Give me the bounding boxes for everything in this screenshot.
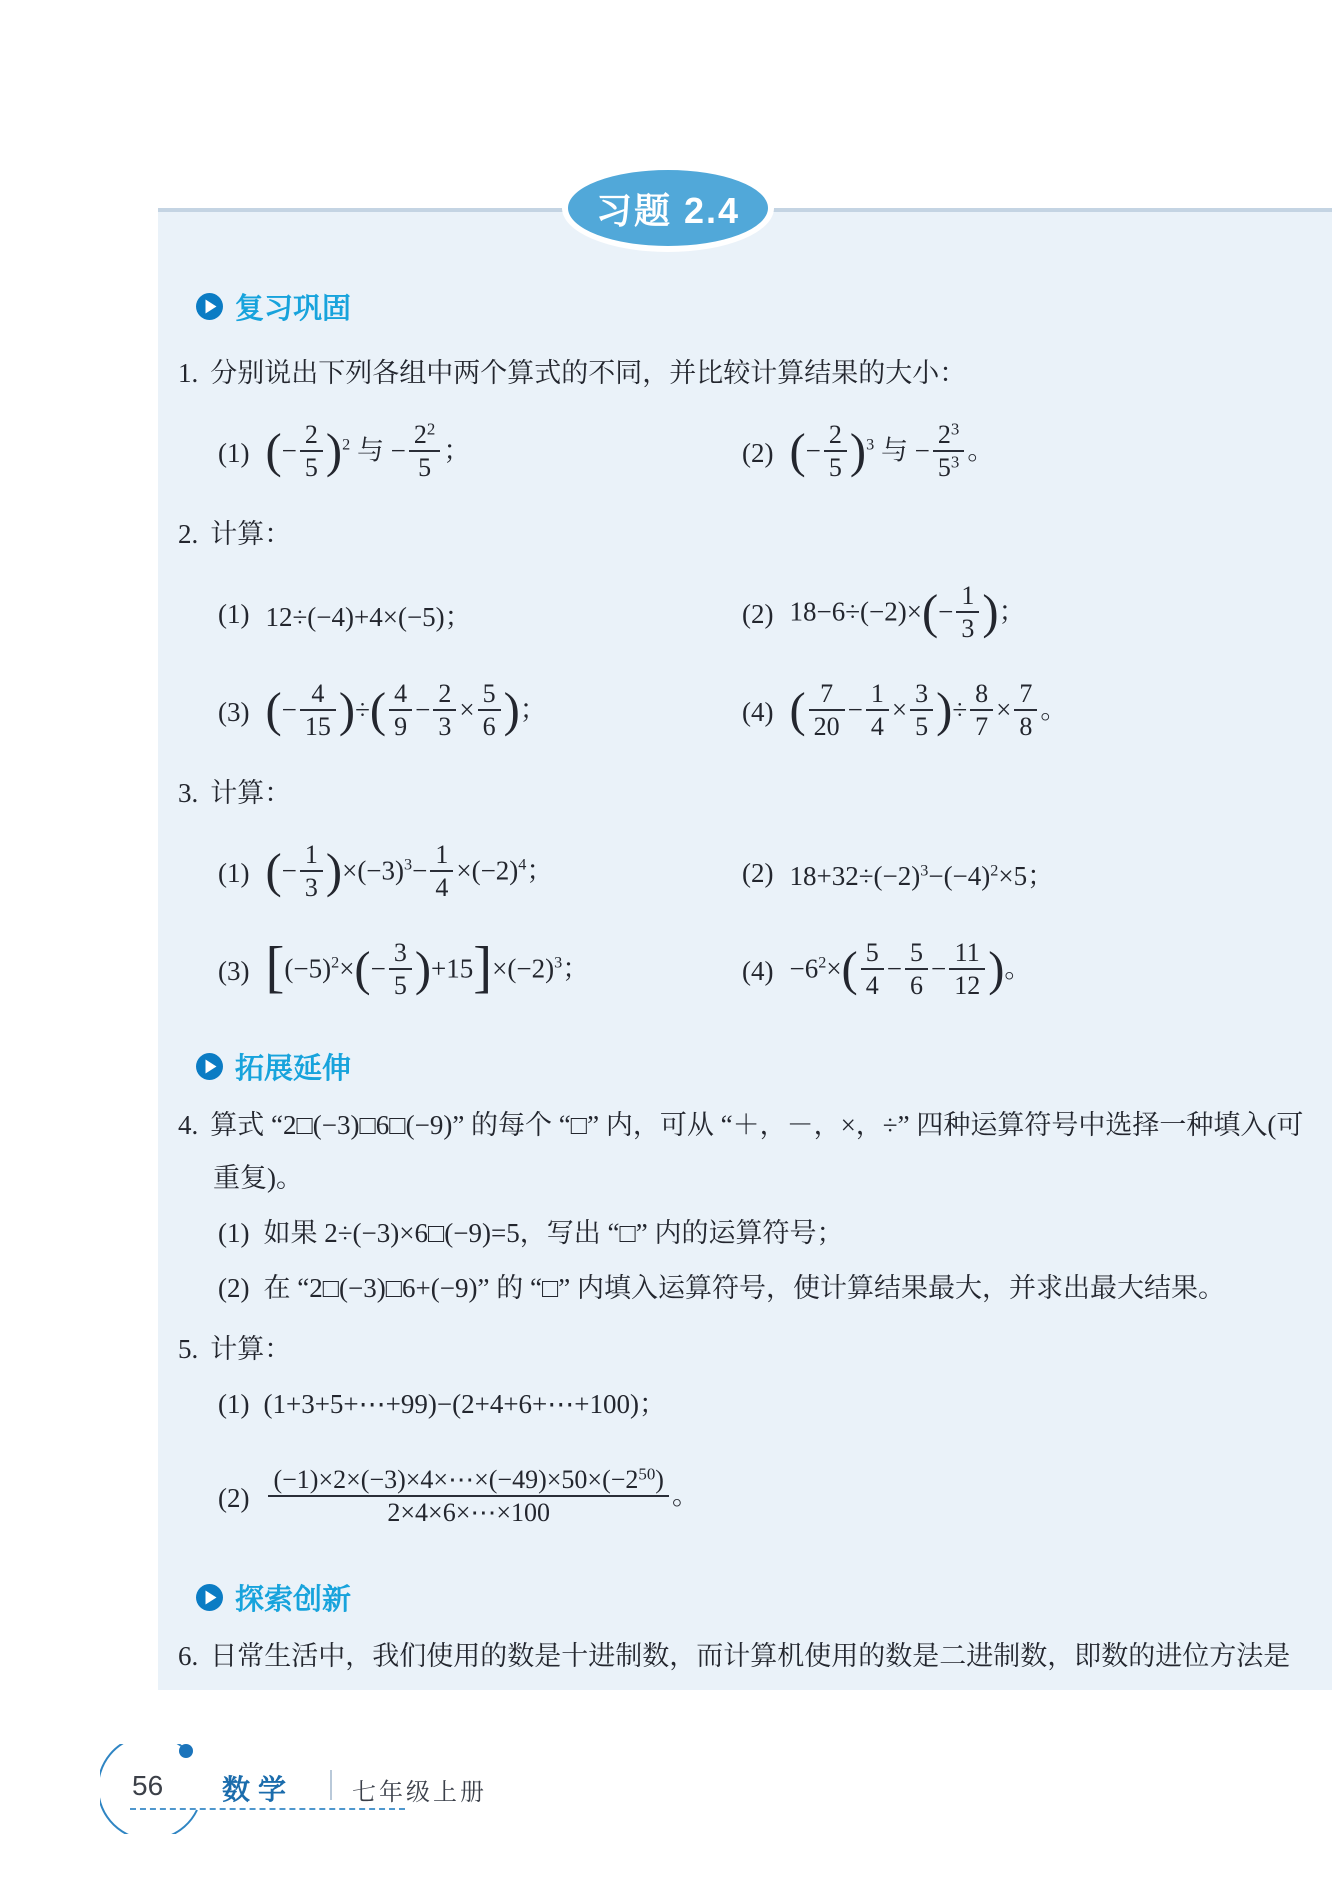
footer-divider [330, 1770, 332, 1800]
formula-item: (1) 12÷(−4)+4×(−5)； [218, 595, 742, 634]
formula-math: [(−5)2×(−35)+15]×(−2)3； [265, 939, 589, 1003]
formula-label: (1) [218, 858, 249, 889]
section-header-explore: 探索创新 [196, 1577, 1306, 1618]
formula-row: (1) (−25)2 与 −225； (2) (−25)3 与 −2353。 [218, 408, 1306, 498]
formula-math: 18+32÷(−2)3−(−4)2×5； [789, 854, 1054, 893]
section-header-expand: 拓展延伸 [196, 1046, 1306, 1087]
formula-label: (3) [218, 697, 249, 728]
play-icon [196, 293, 223, 320]
formula-label: (4) [742, 697, 773, 728]
formula-item: (4) (720−14×35)÷87×78。 [742, 680, 1306, 744]
page-footer: 56 数学 七年级上册 [0, 1742, 520, 1852]
section-header-review: 复习巩固 [196, 286, 1306, 327]
page-number: 56 [132, 1770, 163, 1802]
formula-item: (2) 18−6÷(−2)×(−13)； [742, 582, 1306, 646]
formula-row: (1) (−13)×(−3)3−14×(−2)4； (2) 18+32÷(−2)… [218, 828, 1306, 918]
problem-1: 1.分别说出下列各组中两个算式的不同，并比较计算结果的大小： [178, 347, 1306, 400]
formula-item: (1) (−13)×(−3)3−14×(−2)4； [218, 841, 742, 905]
item-text: 如果 2÷(−3)×6□(−9)=5，写出 “□” 内的运算符号； [263, 1218, 843, 1248]
exercise-badge-label: 习题 2.4 [596, 183, 740, 234]
formula-row: (3) [(−5)2×(−35)+15]×(−2)3； (4) −62×(54−… [218, 926, 1306, 1016]
formula-item: (2) 18+32÷(−2)3−(−4)2×5； [742, 854, 1306, 893]
problem-5: 5.计算： [178, 1323, 1306, 1376]
formula-math: −62×(54−56−1112)。 [789, 939, 1031, 1003]
problem-5-item-1: (1)(1+3+5+⋯+99)−(2+4+6+⋯+100)； [218, 1378, 1306, 1431]
play-icon [196, 1053, 223, 1080]
item-label: (2) [218, 1273, 249, 1303]
formula-label: (1) [218, 599, 249, 630]
formula-math: (−13)×(−3)3−14×(−2)4； [265, 841, 553, 905]
problem-3: 3.计算： [178, 767, 1306, 820]
formula-math: (−415)÷(49−23×56)； [265, 680, 546, 744]
item-label: (1) [218, 1389, 249, 1419]
problem-5-item-2: (2) (−1)×2×(−3)×4×⋯×(−49)×50×(−250)2×4×6… [218, 1443, 1306, 1553]
problem-6: 6.日常生活中，我们使用的数是十进制数，而计算机使用的数是二进制数，即数的进位方… [178, 1630, 1306, 1690]
problem-stem: 计算： [210, 778, 291, 808]
formula-label: (4) [742, 956, 773, 987]
formula-item: (1) (−25)2 与 −225； [218, 421, 742, 485]
formula-row: (3) (−415)÷(49−23×56)； (4) (720−14×35)÷8… [218, 667, 1306, 757]
problem-number: 5. [178, 1334, 198, 1364]
formula-item: (3) (−415)÷(49−23×56)； [218, 680, 742, 744]
formula-math: 18−6÷(−2)×(−13)； [789, 582, 1025, 646]
formula-math: (720−14×35)÷87×78。 [789, 680, 1067, 744]
formula-item: (3) [(−5)2×(−35)+15]×(−2)3； [218, 939, 742, 1003]
footer-dashed-line [130, 1808, 405, 1810]
formula-math: (−1)×2×(−3)×4×⋯×(−49)×50×(−250)2×4×6×⋯×1… [265, 1466, 698, 1530]
formula-math: (−25)3 与 −2353。 [789, 421, 994, 485]
problem-number: 2. [178, 519, 198, 549]
formula-label: (1) [218, 438, 249, 469]
formula-item: (2) (−25)3 与 −2353。 [742, 421, 1306, 485]
section-title: 拓展延伸 [235, 1046, 351, 1087]
item-label: (2) [218, 1483, 249, 1514]
formula-label: (3) [218, 956, 249, 987]
problem-stem: 日常生活中，我们使用的数是十进制数，而计算机使用的数是二进制数，即数的进位方法是… [210, 1641, 1290, 1690]
section-title: 探索创新 [235, 1577, 351, 1618]
formula-label: (2) [742, 858, 773, 889]
formula-math: 12÷(−4)+4×(−5)； [265, 595, 471, 634]
footer-subject: 数学 [222, 1768, 294, 1808]
problem-number: 3. [178, 778, 198, 808]
problem-stem: 计算： [210, 519, 291, 549]
item-text: 在 “2□(−3)□6+(−9)” 的 “□” 内填入运算符号，使计算结果最大，… [263, 1273, 1225, 1303]
section-title: 复习巩固 [235, 286, 351, 327]
item-label: (1) [218, 1218, 249, 1248]
problem-2: 2.计算： [178, 508, 1306, 561]
formula-row: (1) 12÷(−4)+4×(−5)； (2) 18−6÷(−2)×(−13)； [218, 569, 1306, 659]
play-icon [196, 1584, 223, 1611]
problem-4-item-2: (2)在 “2□(−3)□6+(−9)” 的 “□” 内填入运算符号，使计算结果… [218, 1262, 1306, 1315]
formula-math: (−25)2 与 −225； [265, 421, 470, 485]
problem-number: 4. [178, 1110, 198, 1140]
formula-label: (2) [742, 599, 773, 630]
problem-number: 6. [178, 1641, 198, 1671]
formula-label: (2) [742, 438, 773, 469]
problem-4-item-1: (1)如果 2÷(−3)×6□(−9)=5，写出 “□” 内的运算符号； [218, 1207, 1306, 1260]
problem-number: 1. [178, 358, 198, 388]
problem-4: 4.算式 “2□(−3)□6□(−9)” 的每个 “□” 内，可从 “＋，－，×… [178, 1099, 1306, 1205]
problem-stem: 分别说出下列各组中两个算式的不同，并比较计算结果的大小： [210, 358, 966, 388]
problem-stem: 计算： [210, 1334, 291, 1364]
problem-stem: 算式 “2□(−3)□6□(−9)” 的每个 “□” 内，可从 “＋，－，×，÷… [210, 1110, 1303, 1193]
formula-item: (4) −62×(54−56−1112)。 [742, 939, 1306, 1003]
footer-volume: 七年级上册 [352, 1772, 487, 1807]
content-panel: 复习巩固 1.分别说出下列各组中两个算式的不同，并比较计算结果的大小： (1) … [158, 208, 1332, 1690]
item-text: (1+3+5+⋯+99)−(2+4+6+⋯+100)； [263, 1389, 666, 1419]
exercise-badge: 习题 2.4 [562, 164, 774, 252]
